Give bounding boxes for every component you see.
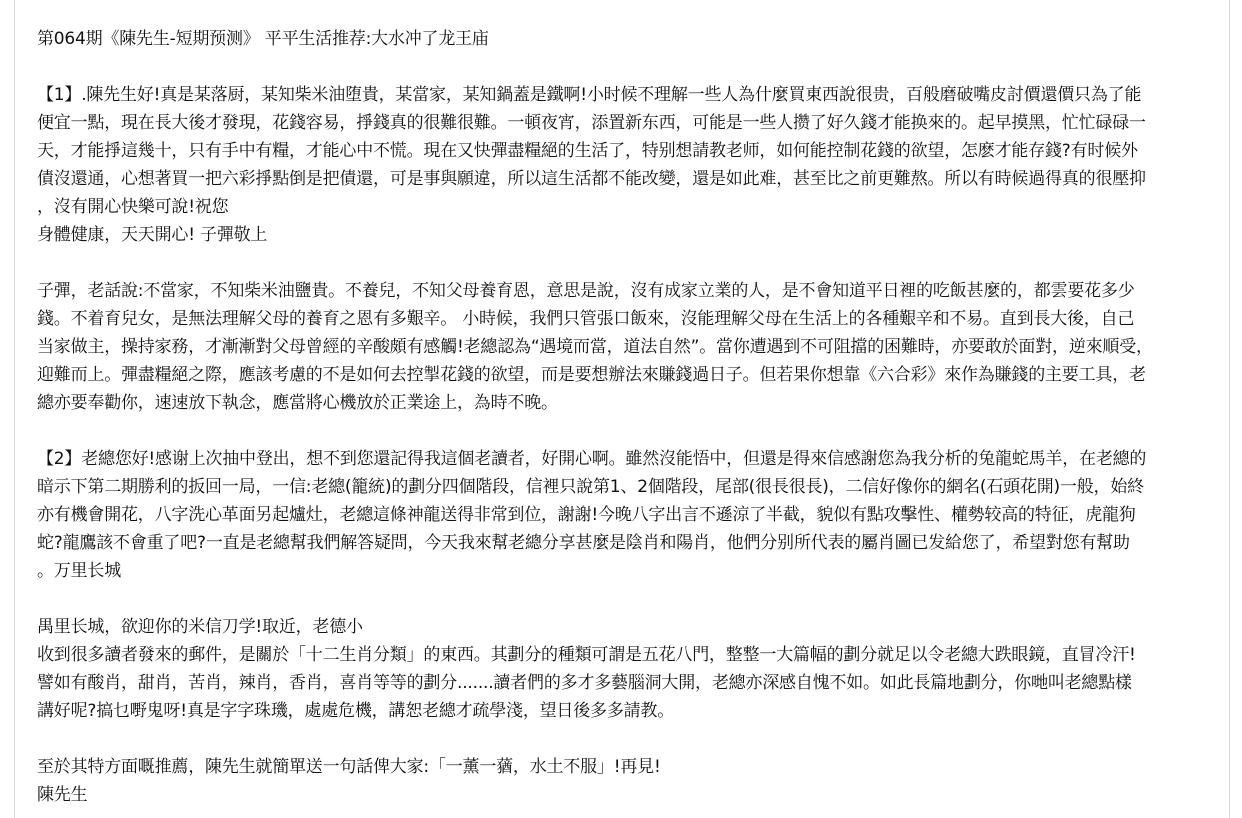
text-line: 当家做主，操持家務，才漸漸對父母曾經的辛酸頗有感觸!老總認為“遇境而當，道法自然… bbox=[37, 333, 1217, 361]
text-line: 【1】.陳先生好!真是某落厨，某知柴米油堕貴，某當家，某知鍋蓋是鐵啊!小时候不理… bbox=[37, 81, 1217, 109]
document-content: 第064期《陳先生-短期预测》 平平生活推荐:大水冲了龙王庙 【1】.陳先生好!… bbox=[37, 25, 1217, 803]
reply-2: 禺里长城，欲迎你的米信刀学!取近，老德小 收到很多讀者發來的郵件，是關於「十二生… bbox=[37, 613, 1217, 725]
spacer bbox=[37, 585, 1217, 613]
text-line: 譬如有酸肖，甜肖，苦肖，辣肖，香肖，喜肖等等的劃分.......讀者們的多才多藝… bbox=[37, 669, 1217, 697]
text-line: 債沒還通，心想著買一把六彩掙點倒是把債還，可是事與願違，所以這生活都不能改變，還… bbox=[37, 165, 1217, 193]
letter-1: 【1】.陳先生好!真是某落厨，某知柴米油堕貴，某當家，某知鍋蓋是鐵啊!小时候不理… bbox=[37, 81, 1217, 249]
text-line: 禺里长城，欲迎你的米信刀学!取近，老德小 bbox=[37, 613, 1217, 641]
text-line: 亦有機會開花，八字洗心革面另起爐灶，老總這條神龍送得非常到位，謝謝!今晚八字出言… bbox=[37, 501, 1217, 529]
text-line: 收到很多讀者發來的郵件，是關於「十二生肖分類」的東西。其劃分的種類可謂是五花八門… bbox=[37, 641, 1217, 669]
document-page: 第064期《陳先生-短期预测》 平平生活推荐:大水冲了龙王庙 【1】.陳先生好!… bbox=[14, 0, 1230, 803]
text-line: 天，才能掙這幾十，只有手中有糧，才能心中不慌。現在又快彈盡糧絕的生活了，特别想請… bbox=[37, 137, 1217, 165]
signature-line: 陳先生 bbox=[37, 781, 1217, 803]
letter-2: 【2】老總您好!感谢上次抽中登出，想不到您還記得我這個老讀者，好開心啊。雖然沒能… bbox=[37, 445, 1217, 585]
text-line: 迎難而上。彈盡糧絕之際，應該考慮的不是如何去控掣花錢的欲望，而是要想辦法來賺錢過… bbox=[37, 361, 1217, 389]
reply-1: 子彈，老話說:不當家，不知柴米油鹽貴。不養兒，不知父母養育恩，意思是說，沒有成家… bbox=[37, 277, 1217, 417]
text-line: 暗示下第二期勝利的扳回一局，一信:老總(籠統)的劃分四個階段，信裡只說第1、2個… bbox=[37, 473, 1217, 501]
text-line: 至於其特方面嘅推薦，陳先生就簡單送一句話俾大家:「一薰一蕕，水土不服」!再見! bbox=[37, 753, 1217, 781]
signature-line: 。万里长城 bbox=[37, 557, 1217, 585]
spacer bbox=[37, 249, 1217, 277]
closing: 至於其特方面嘅推薦，陳先生就簡單送一句話俾大家:「一薰一蕕，水土不服」!再見! … bbox=[37, 753, 1217, 803]
text-line: 蛇?龍鷹該不會重了吧?一直是老總幫我們解答疑問，今天我來幫老總分享甚麼是陰肖和陽… bbox=[37, 529, 1217, 557]
text-line: 【2】老總您好!感谢上次抽中登出，想不到您還記得我這個老讀者，好開心啊。雖然沒能… bbox=[37, 445, 1217, 473]
text-line: 錢。不着育兒女，是無法理解父母的養育之恩有多艱辛。 小時候，我們只管張口飯來，沒… bbox=[37, 305, 1217, 333]
signature-line: 身體健康，天天開心! 子彈敬上 bbox=[37, 221, 1217, 249]
spacer bbox=[37, 725, 1217, 753]
text-line: 子彈，老話說:不當家，不知柴米油鹽貴。不養兒，不知父母養育恩，意思是說，沒有成家… bbox=[37, 277, 1217, 305]
text-line: 講好呢?搞乜嘢鬼呀!真是字字珠璣，處處危機，講恕老總才疏學淺，望日後多多請教。 bbox=[37, 697, 1217, 725]
document-title: 第064期《陳先生-短期预测》 平平生活推荐:大水冲了龙王庙 bbox=[37, 25, 1217, 53]
spacer bbox=[37, 417, 1217, 445]
text-line: 便宜一點，現在長大後才發現，花錢容易，掙錢真的很難很難。一頓夜宵，添置新东西，可… bbox=[37, 109, 1217, 137]
spacer bbox=[37, 53, 1217, 81]
text-line: ，沒有開心快樂可說!祝您 bbox=[37, 193, 1217, 221]
text-line: 總亦要奉勸你，速速放下執念，應當將心機放於正業途上，為時不晚。 bbox=[37, 389, 1217, 417]
